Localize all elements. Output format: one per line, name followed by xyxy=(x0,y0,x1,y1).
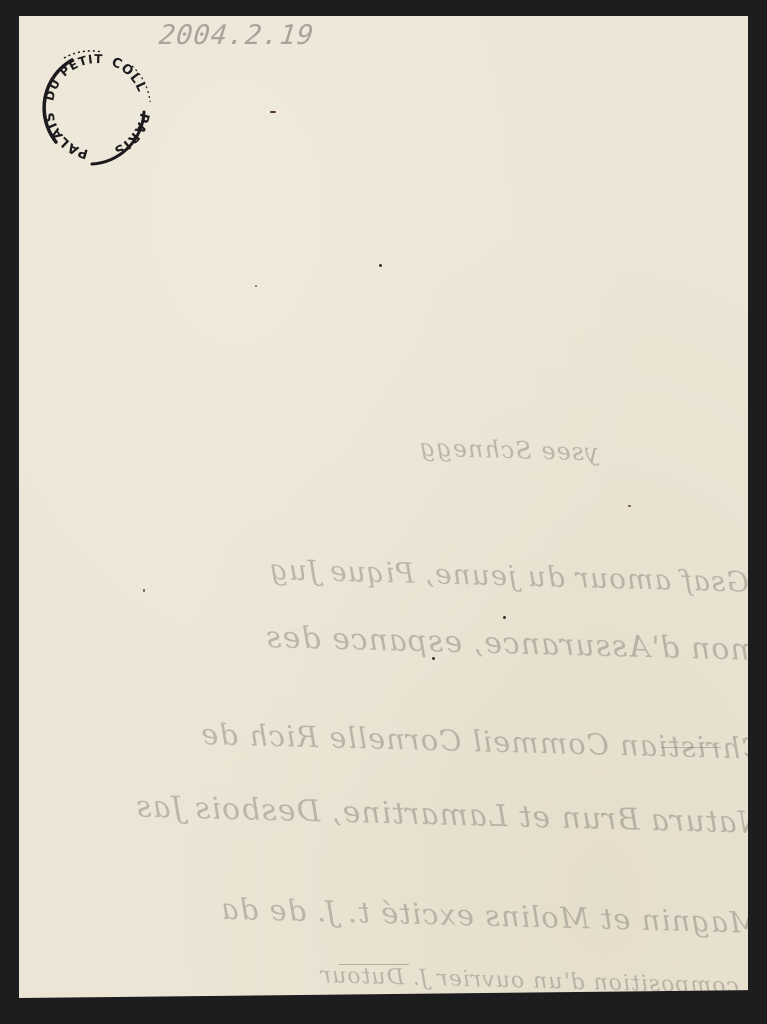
bleed-through-line-2: Gsaf amour du jeune, Pique Jug xyxy=(9,546,750,598)
underline-mark xyxy=(661,747,721,748)
scanned-page: 2004.2.19 PARIS PALAIS xyxy=(0,0,767,1024)
stamp-text: PARIS xyxy=(111,112,152,159)
paper-speck xyxy=(503,616,506,619)
bleed-through-line-3: mon d'Assurance, espance des xyxy=(0,613,759,668)
paper-speck xyxy=(255,285,257,287)
collection-stamp: PARIS PALAIS DU PETIT COLL xyxy=(32,42,162,172)
stamp-text: DU PETIT xyxy=(42,52,103,102)
bleed-through-line-6: Magnin et Molins excité t. J. de da xyxy=(9,886,760,940)
stamp-text: COLL xyxy=(109,55,149,95)
svg-text:PARIS: PARIS xyxy=(111,112,152,159)
paper-speck xyxy=(143,589,145,592)
svg-text:DU PETIT: DU PETIT xyxy=(42,52,103,102)
bleed-through-line-7: composition d'un ouvrier J. Dutour xyxy=(119,958,739,999)
paper-speck xyxy=(270,111,276,113)
svg-text:COLL: COLL xyxy=(109,55,149,95)
bleed-through-line-4: Christian Commeil Cornelle Rich de xyxy=(14,712,765,766)
paper-speck xyxy=(628,505,631,507)
inventory-number: 2004.2.19 xyxy=(157,20,316,51)
svg-text:PALAIS: PALAIS xyxy=(42,110,90,161)
stamp-seal-icon: PARIS PALAIS DU PETIT COLL xyxy=(32,42,162,172)
paper-sheet: 2004.2.19 PARIS PALAIS xyxy=(19,16,748,998)
paper-speck xyxy=(379,264,382,267)
bleed-through-line-1: ysee Schnegg xyxy=(419,434,599,467)
stamp-text: PALAIS xyxy=(42,110,90,161)
bleed-through-line-5: Natura Brun et Lamartine, Desbois Jas xyxy=(4,786,765,841)
